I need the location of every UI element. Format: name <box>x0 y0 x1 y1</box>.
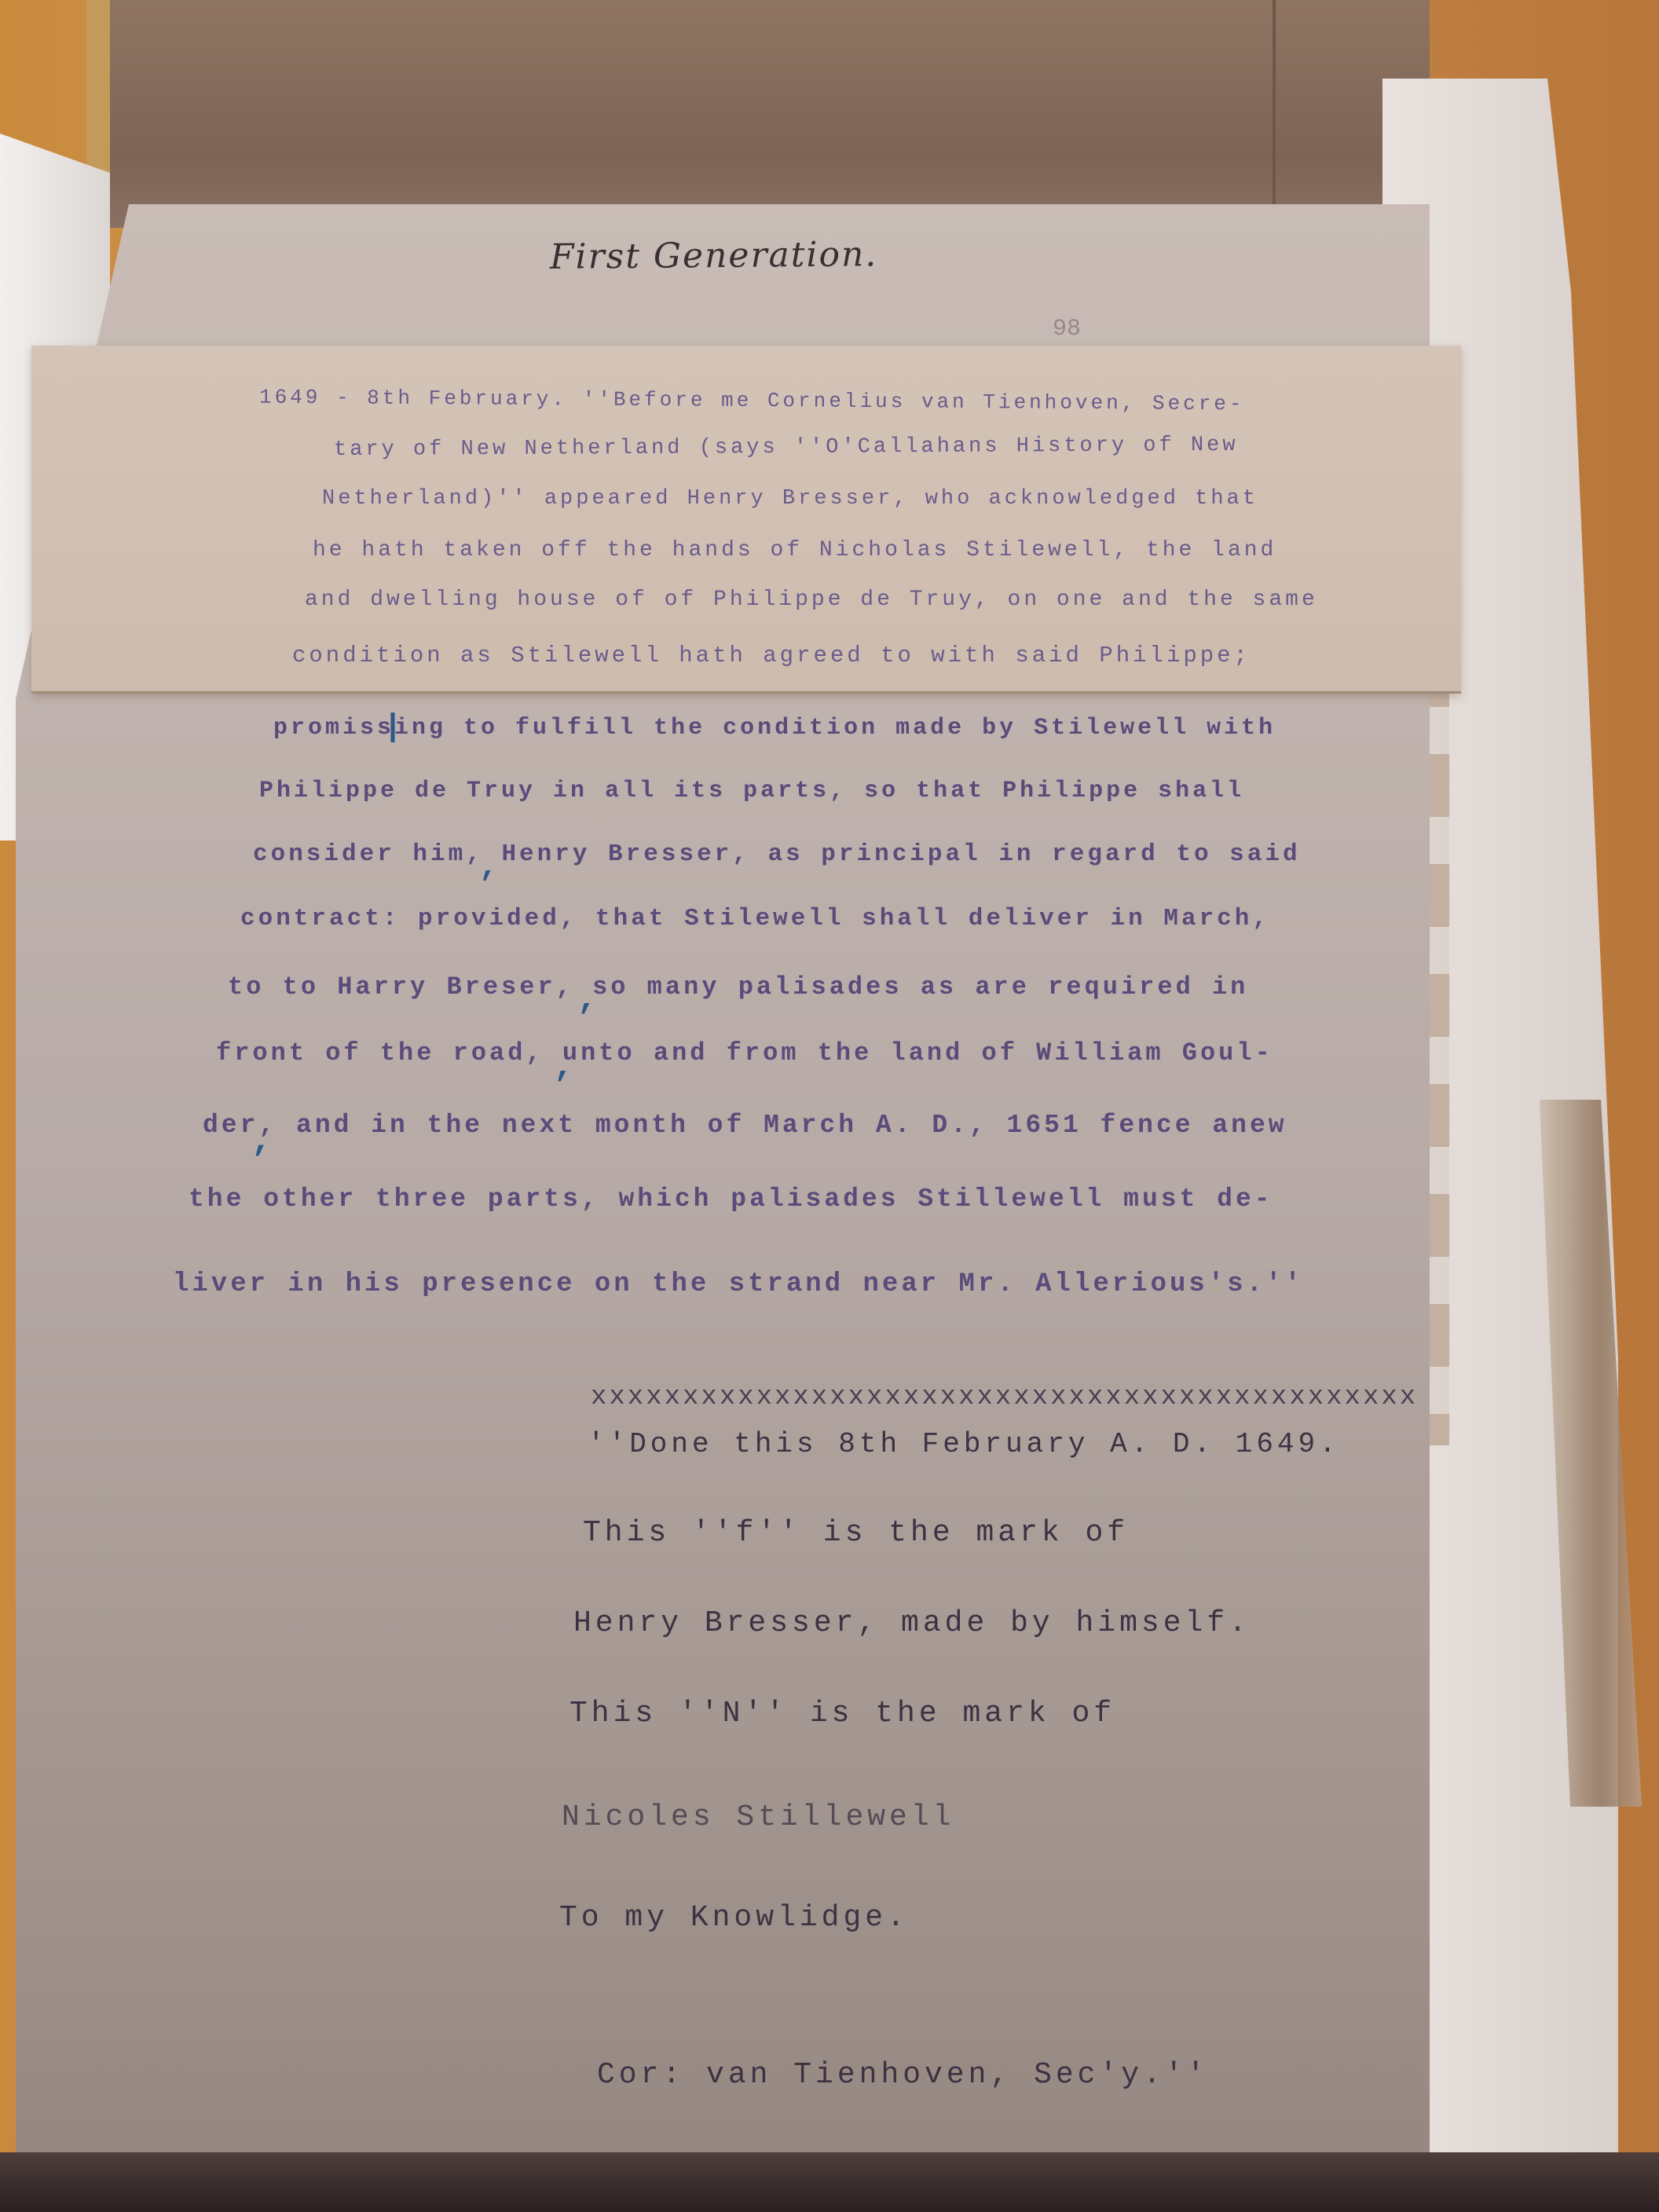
body-line-5: and dwelling house of of Philippe de Tru… <box>305 588 1318 612</box>
closing-date-line: ''Done this 8th February A. D. 1649. <box>588 1428 1340 1460</box>
folder-crease <box>1273 0 1276 228</box>
knowledge-line: To my Knowlidge. <box>559 1901 909 1935</box>
body-line-13: der, and in the next month of March A. D… <box>203 1111 1287 1140</box>
body-line-7: promissing to fulfill the condition made… <box>273 715 1276 742</box>
struck-out-line: xxxxxxxxxxxxxxxxxxxxxxxxxxxxxxxxxxxxxxxx… <box>591 1382 1418 1412</box>
ink-comma-mark: , <box>554 1048 573 1086</box>
body-line-15: liver in his presence on the strand near… <box>173 1269 1304 1299</box>
mark-line-bresser: This ''f'' is the mark of <box>583 1516 1129 1550</box>
body-line-8: Philippe de Truy in all its parts, so th… <box>259 778 1244 804</box>
body-line-10: contract: provided, that Stilewell shall… <box>240 905 1270 932</box>
body-line-3: Netherland)'' appeared Henry Bresser, wh… <box>322 487 1258 511</box>
handwritten-heading: First Generation. <box>550 234 878 277</box>
page-number: 98 <box>1053 316 1081 342</box>
body-line-11: to to Harry Breser, so many palisades as… <box>228 972 1248 1002</box>
ink-comma-mark: , <box>479 850 498 885</box>
body-line-6: condition as Stilewell hath agreed to wi… <box>292 643 1251 668</box>
ink-correction-mark: | <box>383 710 402 745</box>
folder-back-cover <box>86 0 1430 228</box>
body-line-4: he hath taken off the hands of Nicholas … <box>313 538 1276 562</box>
secretary-signature: Cor: van Tienhoven, Sec'y.'' <box>597 2058 1209 2092</box>
bresser-signature: Henry Bresser, made by himself. <box>573 1606 1251 1640</box>
body-line-2: tary of New Netherland (says ''O'Callaha… <box>334 434 1239 462</box>
body-line-12: front of the road, unto and from the lan… <box>216 1038 1273 1068</box>
ink-comma-mark: , <box>251 1122 272 1161</box>
stillewell-signature: Nicoles Stillewell <box>562 1800 954 1834</box>
body-line-9: consider him, Henry Bresser, as principa… <box>253 840 1301 868</box>
body-line-14: the other three parts, which palisades S… <box>189 1185 1273 1214</box>
ink-comma-mark: , <box>577 980 597 1018</box>
page-bottom-edge <box>0 2152 1659 2212</box>
mark-line-stillewell: This ''N'' is the mark of <box>569 1697 1115 1730</box>
